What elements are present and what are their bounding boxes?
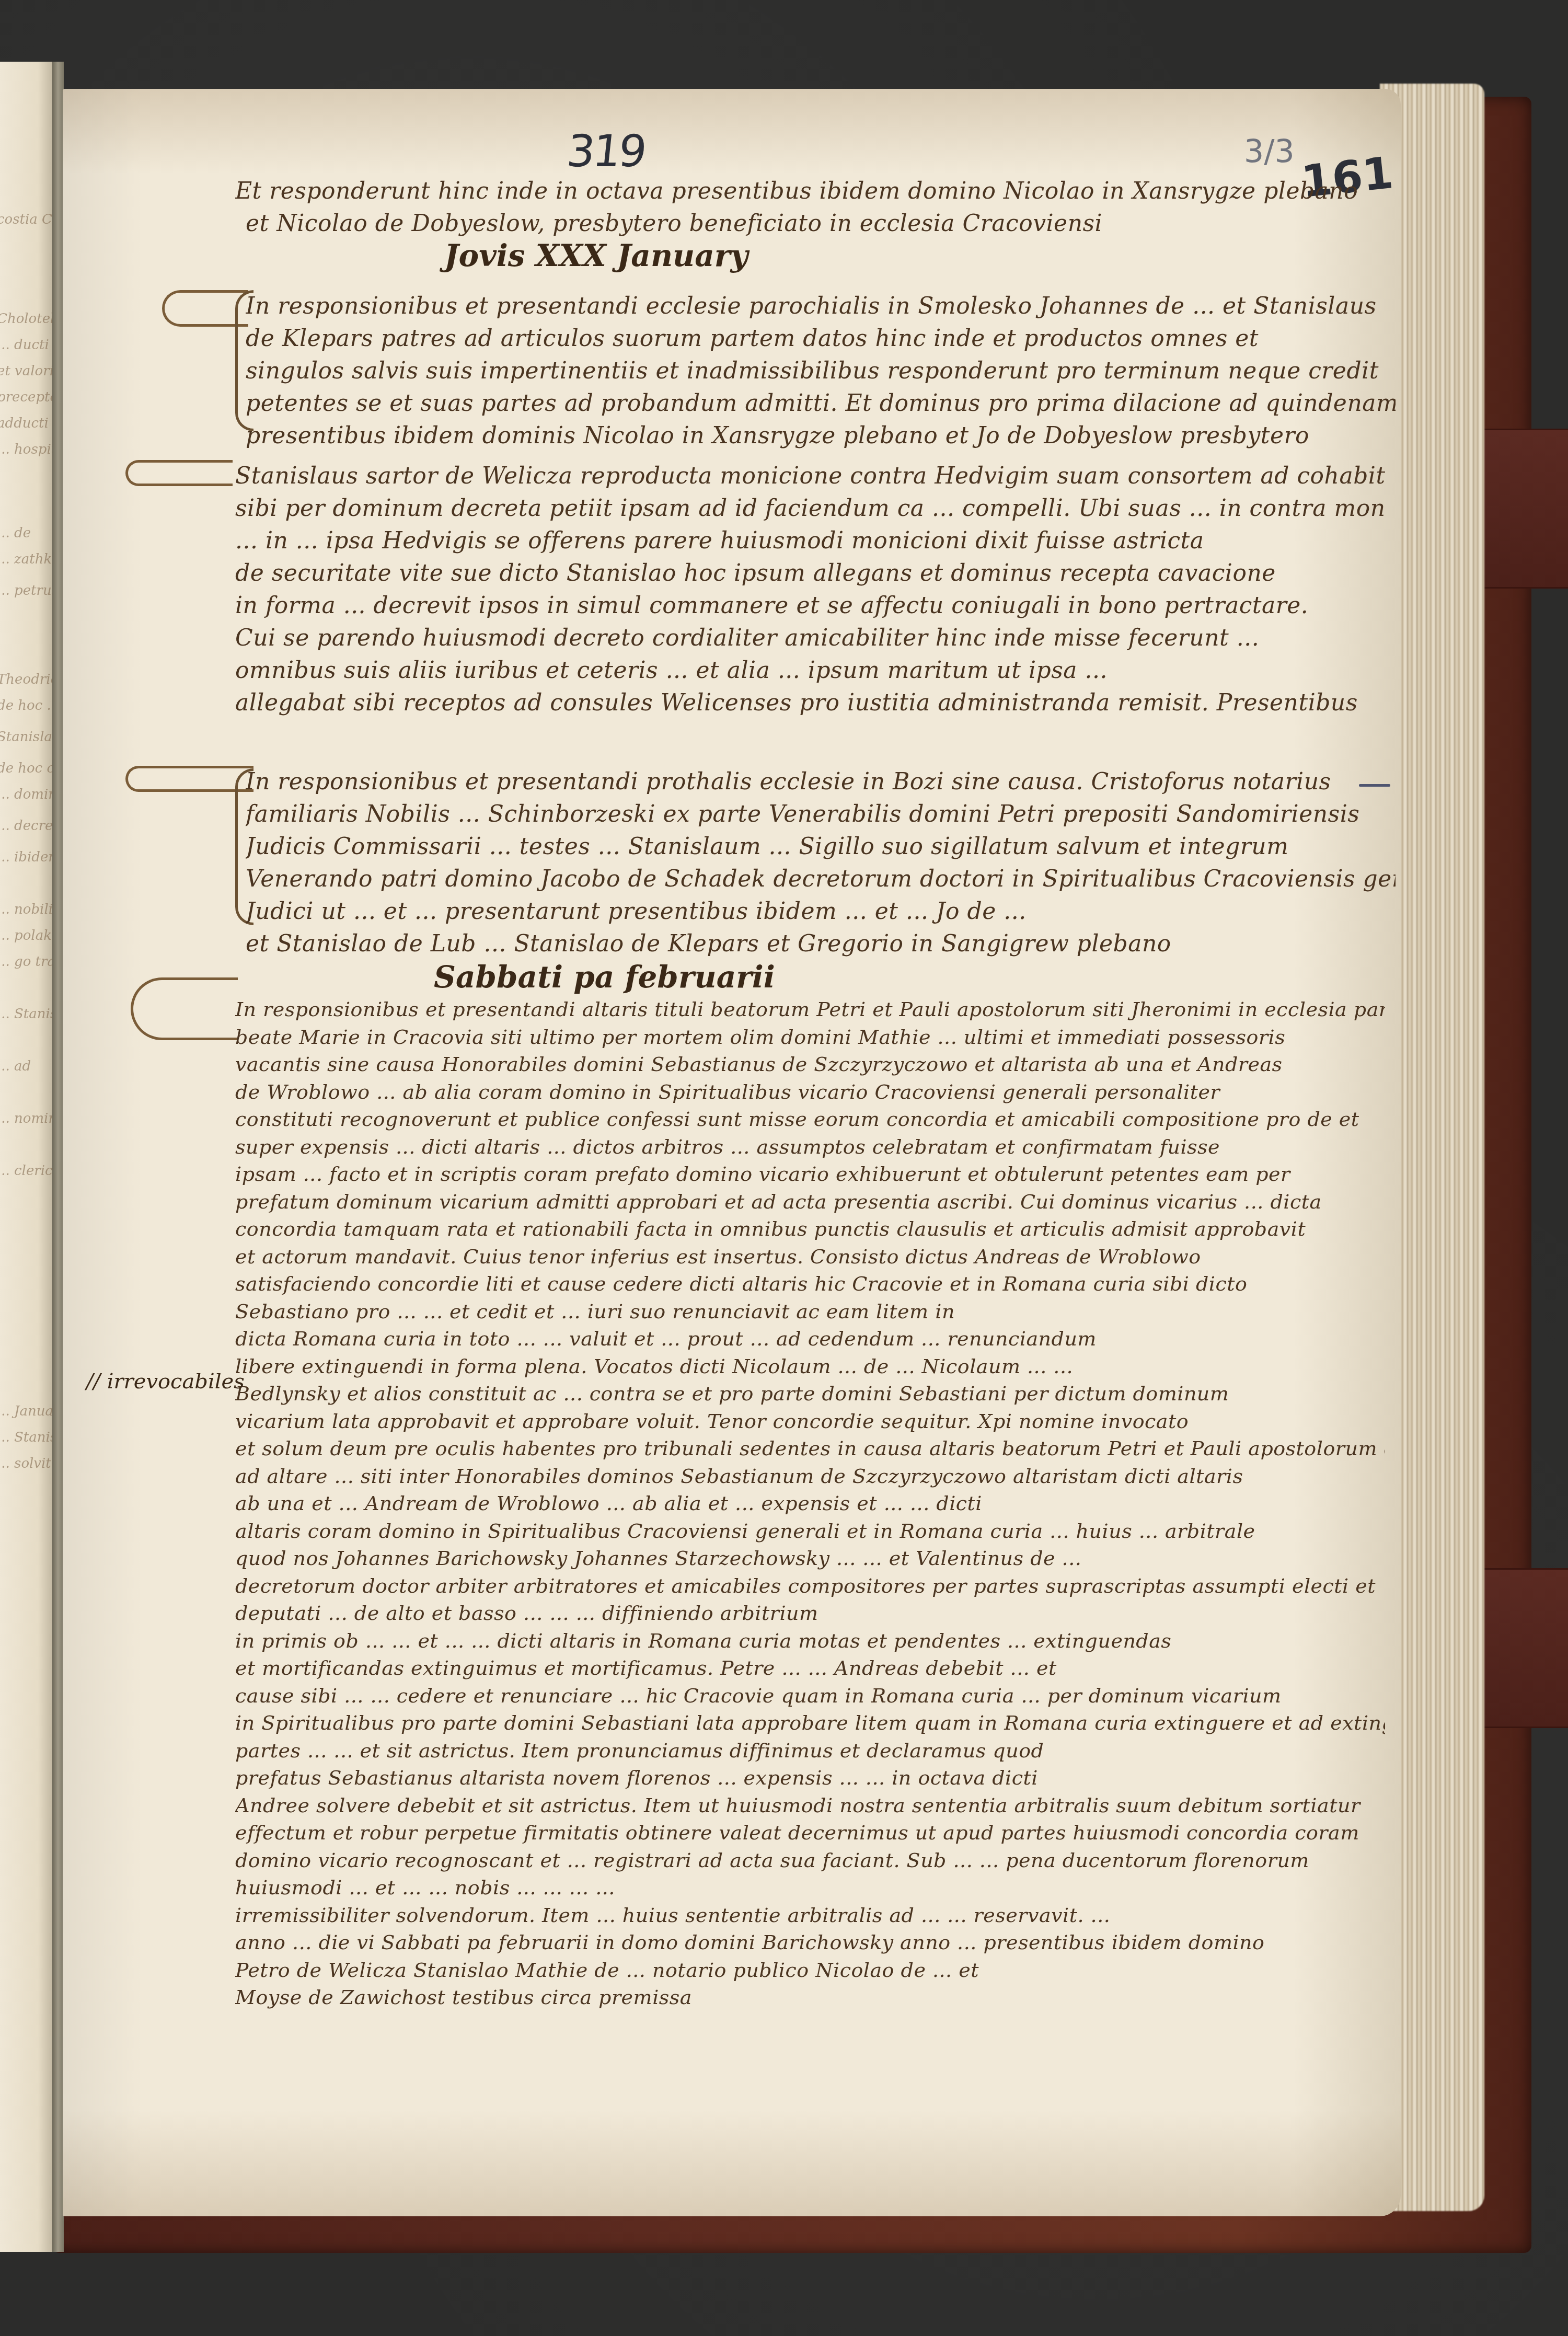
margin-note: // irrevocabiles xyxy=(86,1370,245,1394)
text-line: Moyse de Zawichost testibus circa premis… xyxy=(235,1984,1385,2011)
section-heading: Sabbati pa februarii xyxy=(434,959,775,995)
text-line: In responsionibus et presentandi altaris… xyxy=(235,996,1385,1023)
text-line: libere extinguendi in forma plena. Vocat… xyxy=(235,1353,1385,1380)
text-line: de Wroblowo ... ab alia coram domino in … xyxy=(235,1078,1385,1106)
left-page-fragment: Theodrici xyxy=(0,668,49,691)
text-line: In responsionibus et presentandi ecclesi… xyxy=(246,290,1396,323)
left-page-fragment: ... ducti xyxy=(0,333,49,356)
left-page-fragment: ... hospiti xyxy=(0,438,49,461)
text-line: ipsam ... facto et in scriptis coram pre… xyxy=(235,1160,1385,1188)
text-line: concordia tamquam rata et rationabili fa… xyxy=(235,1215,1385,1243)
left-page-fragment: ... decretum xyxy=(0,814,49,837)
section-heading: Jovis XXX January xyxy=(444,238,748,273)
folio-number-center: 319 xyxy=(564,125,648,177)
text-line: altaris coram domino in Spiritualibus Cr… xyxy=(235,1517,1385,1545)
opening-lines: Et responderunt hinc inde in octava pres… xyxy=(235,175,1385,240)
entry-text: Stanislaus sartor de Welicza reproducta … xyxy=(235,460,1385,719)
book-gutter xyxy=(52,62,64,2252)
left-facing-page: costia Cracov Cholotelski ... ducti et v… xyxy=(0,62,54,2252)
text-line: et Stanislao de Lub ... Stanislao de Kle… xyxy=(246,928,1396,960)
text-line: omnibus suis aliis iuribus et ceteris ..… xyxy=(235,654,1385,687)
text-line: Judici ut ... et ... presentarunt presen… xyxy=(246,895,1396,928)
left-page-fragment: ... ibidem presentibus xyxy=(0,846,49,869)
text-line: vacantis sine causa Honorabiles domini S… xyxy=(235,1051,1385,1078)
text-line: deputati ... de alto et basso ... ... ..… xyxy=(235,1599,1385,1627)
text-line: satisfaciendo concordie liti et cause ce… xyxy=(235,1270,1385,1298)
text-line: in Spiritualibus pro parte domini Sebast… xyxy=(235,1709,1385,1737)
folio-number-old: 3/3 xyxy=(1244,133,1295,170)
text-line: Sebastiano pro ... ... et cedit et ... i… xyxy=(235,1298,1385,1326)
text-line: huiusmodi ... et ... ... nobis ... ... .… xyxy=(235,1874,1385,1902)
cover-strap-lower xyxy=(1484,1568,1568,1728)
entry-flourish-icon xyxy=(125,460,233,486)
text-line: dicta Romana curia in toto ... ... valui… xyxy=(235,1325,1385,1353)
text-line: Petro de Welicza Stanislao Mathie de ...… xyxy=(235,1957,1385,1984)
text-line: ... in ... ipsa Hedvigis se offerens par… xyxy=(235,525,1385,557)
text-line: ab una et ... Andream de Wroblowo ... ab… xyxy=(235,1490,1385,1517)
text-line: familiaris Nobilis ... Schinborzeski ex … xyxy=(246,798,1396,831)
left-page-fragment: adducti xyxy=(0,412,49,435)
left-page-fragment: ... zathke xyxy=(0,548,49,571)
text-line: Et responderunt hinc inde in octava pres… xyxy=(235,175,1385,208)
left-page-fragment: Cholotelski xyxy=(0,307,49,330)
text-line: vicarium lata approbavit et approbare vo… xyxy=(235,1408,1385,1435)
entry-text: In responsionibus et presentandi altaris… xyxy=(235,996,1385,2011)
cover-strap-upper xyxy=(1484,429,1568,589)
text-line: decretorum doctor arbiter arbitratores e… xyxy=(235,1572,1385,1600)
left-page-fragment: ... clerico xyxy=(0,1159,49,1182)
left-page-fragment: de hoc ... in xyxy=(0,694,49,717)
left-page-fragment: de hoc coram xyxy=(0,757,49,780)
text-line: partes ... ... et sit astrictus. Item pr… xyxy=(235,1737,1385,1765)
text-line: et Nicolao de Dobyeslow, presbytero bene… xyxy=(235,208,1385,240)
left-page-fragment: ... January xyxy=(0,1400,49,1423)
text-line: Bedlynsky et alios constituit ac ... con… xyxy=(235,1380,1385,1408)
entry-flourish-icon xyxy=(125,766,253,792)
left-page-fragment: et valoris xyxy=(0,360,49,383)
text-line: et mortificandas extinguimus et mortific… xyxy=(235,1654,1385,1682)
left-page-fragment: ... go trade xyxy=(0,950,49,973)
text-line: ad altare ... siti inter Honorabiles dom… xyxy=(235,1463,1385,1490)
left-page-fragment: ... de xyxy=(0,522,49,545)
entry-text: In responsionibus et presentandi ecclesi… xyxy=(246,290,1396,452)
text-line: allegabat sibi receptos ad consules Weli… xyxy=(235,687,1385,719)
text-line: sibi per dominum decreta petiit ipsam ad… xyxy=(235,492,1385,525)
text-line: Judicis Commissarii ... testes ... Stani… xyxy=(246,831,1396,863)
text-line: in forma ... decrevit ipsos in simul com… xyxy=(235,590,1385,622)
left-page-fragment: ... Stanislaus xyxy=(0,1003,49,1026)
text-line: singulos salvis suis impertinentiis et i… xyxy=(246,355,1396,387)
text-line: de securitate vite sue dicto Stanislao h… xyxy=(235,557,1385,590)
text-line: petentes se et suas partes ad probandum … xyxy=(246,387,1396,420)
text-line: effectum et robur perpetue firmitatis ob… xyxy=(235,1819,1385,1847)
text-line: Stanislaus sartor de Welicza reproducta … xyxy=(235,460,1385,492)
text-line: cause sibi ... ... cedere et renunciare … xyxy=(235,1682,1385,1710)
left-page-fragment: ... nobilis xyxy=(0,898,49,921)
left-page-fragment: ... nomina xyxy=(0,1107,49,1130)
left-page-fragment: ... solvit. Et xyxy=(0,1452,49,1475)
text-line: de Klepars patres ad articulos suorum pa… xyxy=(246,323,1396,355)
left-page-fragment: ... domini xyxy=(0,783,49,806)
left-page-fragment: Stanislaum polak xyxy=(0,726,49,749)
text-line: presentibus ibidem dominis Nicolao in Xa… xyxy=(246,420,1396,452)
left-page-fragment: preceptorem xyxy=(0,386,49,409)
text-line: in primis ob ... ... et ... ... dicti al… xyxy=(235,1627,1385,1655)
text-line: Cui se parendo huiusmodi decreto cordial… xyxy=(235,622,1385,654)
left-page-fragment: ... Stanislaus xyxy=(0,1426,49,1449)
text-line: Andree solvere debebit et sit astrictus.… xyxy=(235,1792,1385,1820)
text-line: Venerando patri domino Jacobo de Schadek… xyxy=(246,863,1396,895)
text-line: In responsionibus et presentandi prothal… xyxy=(246,766,1396,798)
text-line: prefatum dominum vicarium admitti approb… xyxy=(235,1188,1385,1216)
text-line: anno ... die vi Sabbati pa februarii in … xyxy=(235,1929,1385,1957)
left-page-fragment: ... ad xyxy=(0,1055,49,1078)
left-page-fragment: costia Cracov xyxy=(0,208,49,231)
text-line: prefatus Sebastianus altarista novem flo… xyxy=(235,1764,1385,1792)
left-page-fragment: ... polak xyxy=(0,924,49,947)
text-line: et solum deum pre oculis habentes pro tr… xyxy=(235,1435,1385,1463)
entry-flourish-icon xyxy=(131,977,238,1040)
text-line: super expensis ... dicti altaris ... dic… xyxy=(235,1133,1385,1161)
text-line: constituti recognoverunt et publice conf… xyxy=(235,1106,1385,1133)
text-line: et actorum mandavit. Cuius tenor inferiu… xyxy=(235,1243,1385,1271)
left-page-fragment: ... petrus xyxy=(0,579,49,602)
text-line: irremissibiliter solvendorum. Item ... h… xyxy=(235,1902,1385,1929)
text-line: quod nos Johannes Barichowsky Johannes S… xyxy=(235,1545,1385,1572)
text-line: domino vicario recognoscant et ... regis… xyxy=(235,1847,1385,1874)
text-line: beate Marie in Cracovia siti ultimo per … xyxy=(235,1023,1385,1051)
entry-text: In responsionibus et presentandi prothal… xyxy=(246,766,1396,960)
